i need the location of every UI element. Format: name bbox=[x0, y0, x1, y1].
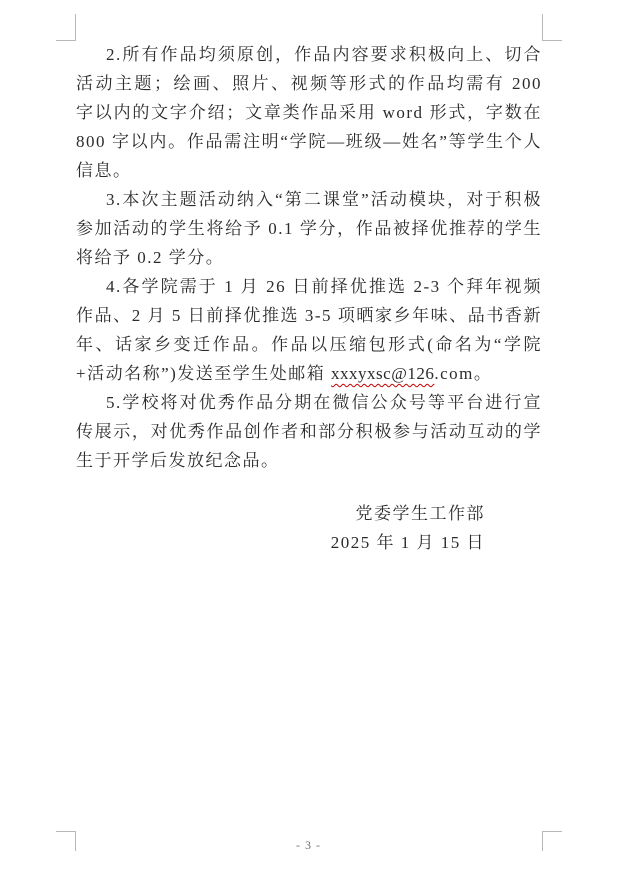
body-paragraph-5: 5.学校将对优秀作品分期在微信公众号等平台进行宣传展示，对优秀作品创作者和部分积… bbox=[76, 388, 542, 475]
signature-date: 2025 年 1 月 15 日 bbox=[76, 528, 485, 557]
paragraph-4-text-tail: .com。 bbox=[434, 364, 492, 383]
body-paragraph-4: 4.各学院需于 1 月 26 日前择优推选 2-3 个拜年视频作品、2 月 5 … bbox=[76, 272, 542, 388]
document-page: 2.所有作品均须原创，作品内容要求积极向上、切合活动主题；绘画、照片、视频等形式… bbox=[0, 0, 617, 875]
email-text: xxxyxsc@126 bbox=[331, 364, 434, 383]
document-body: 2.所有作品均须原创，作品内容要求积极向上、切合活动主题；绘画、照片、视频等形式… bbox=[76, 40, 542, 557]
text-boundary-mark-top-left bbox=[56, 14, 76, 41]
page-number: - 3 - bbox=[0, 838, 617, 853]
text-boundary-mark-top-right bbox=[542, 14, 562, 41]
signature-org: 党委学生工作部 bbox=[76, 499, 485, 528]
body-paragraph-3: 3.本次主题活动纳入“第二课堂”活动模块，对于积极参加活动的学生将给予 0.1 … bbox=[76, 185, 542, 272]
signature-block: 党委学生工作部 2025 年 1 月 15 日 bbox=[76, 499, 542, 557]
body-paragraph-2: 2.所有作品均须原创，作品内容要求积极向上、切合活动主题；绘画、照片、视频等形式… bbox=[76, 40, 542, 185]
